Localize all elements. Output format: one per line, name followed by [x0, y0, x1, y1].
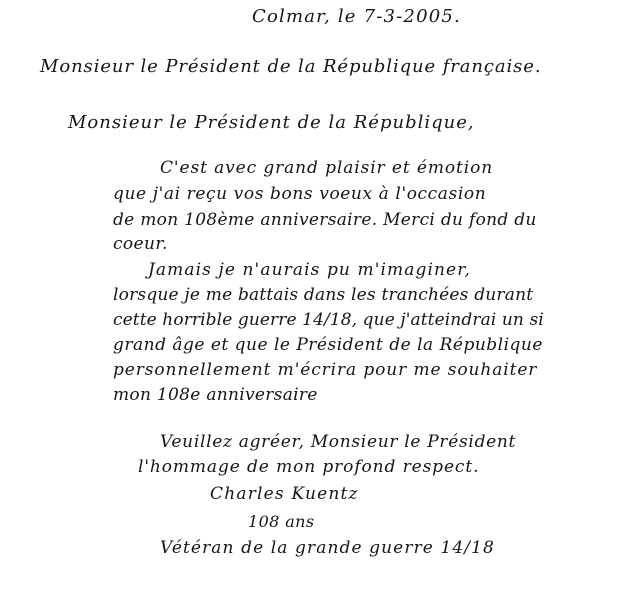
handwritten-letter: Colmar, le 7-3-2005. Monsieur le Préside…: [0, 0, 619, 600]
body-line-1: C'est avec grand plaisir et émotion: [160, 160, 493, 177]
body-line-6: lorsque je me battais dans les tranchées…: [113, 287, 533, 304]
body-line-2: que j'ai reçu vos bons voeux à l'occasio…: [113, 186, 486, 203]
place-date: Colmar, le 7-3-2005.: [252, 8, 461, 26]
signature-title: Vétéran de la grande guerre 14/18: [160, 540, 495, 557]
body-line-9: personnellement m'écrira pour me souhait…: [113, 362, 537, 379]
closing-line-1: Veuillez agréer, Monsieur le Président: [160, 434, 516, 451]
closing-line-2: l'hommage de mon profond respect.: [138, 459, 479, 476]
body-line-3: de mon 108ème anniversaire. Merci du fon…: [113, 212, 537, 229]
address-line: Monsieur le Président de la République f…: [40, 58, 541, 76]
body-line-5: Jamais je n'aurais pu m'imaginer,: [148, 262, 471, 279]
salutation: Monsieur le Président de la République,: [68, 114, 475, 132]
body-line-10: mon 108e anniversaire: [113, 387, 318, 404]
signature-age: 108 ans: [248, 514, 314, 530]
body-line-7: cette horrible guerre 14/18, que j'attei…: [113, 312, 544, 329]
signature-name: Charles Kuentz: [210, 486, 359, 503]
body-line-4: coeur.: [113, 236, 168, 253]
body-line-8: grand âge et que le Président de la Répu…: [113, 337, 543, 354]
